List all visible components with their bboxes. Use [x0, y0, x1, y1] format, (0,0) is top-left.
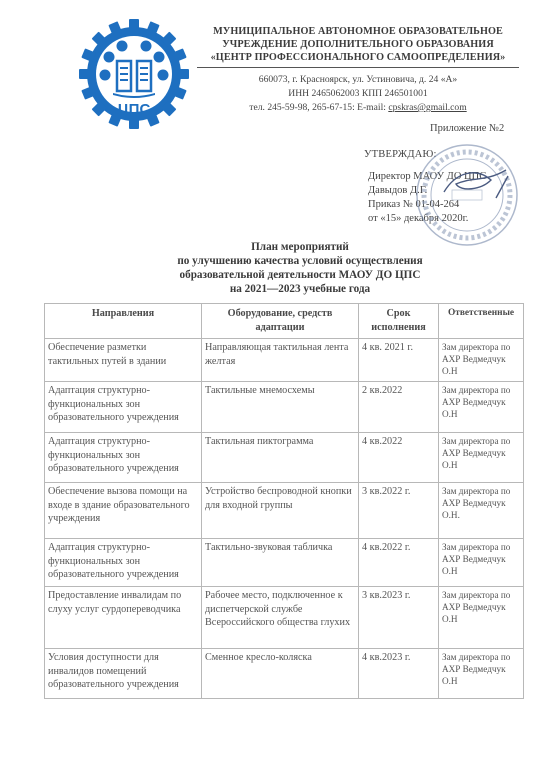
contacts-block: 660073, г. Красноярск, ул. Устиновича, д… — [198, 73, 518, 115]
cell-deadline: 3 кв.2023 г. — [359, 587, 439, 649]
cell-deadline: 2 кв.2022 — [359, 382, 439, 433]
appendix-label: Приложение №2 — [430, 123, 504, 134]
table-header-row: Направления Оборудование, средств адапта… — [45, 304, 524, 339]
cell-responsible: Зам директора по АХР Ведмедчук О.Н. — [439, 483, 524, 539]
cell-equipment: Устройство беспроводной кнопки для входн… — [202, 483, 359, 539]
tax-ids: ИНН 2465062003 КПП 246501001 — [198, 87, 518, 101]
header-deadline: Срок исполнения — [359, 304, 439, 339]
cell-deadline: 4 кв.2022 — [359, 433, 439, 483]
phone-text: тел. 245-59-98, 265-67-15: E-mail: — [249, 102, 388, 113]
cell-direction: Предоставление инвалидам по слуху услуг … — [45, 587, 202, 649]
cell-deadline: 4 кв.2022 г. — [359, 539, 439, 587]
cell-equipment: Сменное кресло-коляска — [202, 649, 359, 699]
signature-icon — [436, 162, 516, 202]
cell-deadline: 4 кв. 2021 г. — [359, 339, 439, 382]
letterhead-divider — [197, 67, 519, 68]
title-line: образовательной деятельности МАОУ ДО ЦПС — [100, 268, 500, 282]
org-line: МУНИЦИПАЛЬНОЕ АВТОНОМНОЕ ОБРАЗОВАТЕЛЬНОЕ — [198, 25, 518, 38]
title-line: по улучшению качества условий осуществле… — [100, 254, 500, 268]
address: 660073, г. Красноярск, ул. Устиновича, д… — [198, 73, 518, 87]
title-line: План мероприятий — [100, 240, 500, 254]
table-row: Предоставление инвалидам по слуху услуг … — [45, 587, 524, 649]
cell-direction: Обеспечение вызова помощи на входе в зда… — [45, 483, 202, 539]
cell-responsible: Зам директора по АХР Ведмедчук О.Н — [439, 649, 524, 699]
header-direction: Направления — [45, 304, 202, 339]
table-row: Адаптация структурно-функциональных зон … — [45, 382, 524, 433]
cell-direction: Обеспечение разметки тактильных путей в … — [45, 339, 202, 382]
table-row: Адаптация структурно-функциональных зон … — [45, 539, 524, 587]
cell-equipment: Тактильная пиктограмма — [202, 433, 359, 483]
table-row: Обеспечение разметки тактильных путей в … — [45, 339, 524, 382]
plan-title: План мероприятий по улучшению качества у… — [100, 240, 500, 296]
svg-text:ЦПС: ЦПС — [118, 101, 151, 118]
org-line: «ЦЕНТР ПРОФЕССИОНАЛЬНОГО САМООПРЕДЕЛЕНИЯ… — [198, 51, 518, 64]
cell-deadline: 3 кв.2022 г. — [359, 483, 439, 539]
cell-direction: Адаптация структурно-функциональных зон … — [45, 382, 202, 433]
measures-table: Направления Оборудование, средств адапта… — [44, 303, 524, 699]
organization-logo-icon: ЦПС — [79, 19, 189, 129]
title-line: на 2021—2023 учебные года — [100, 282, 500, 296]
cell-equipment: Тактильно-звуковая табличка — [202, 539, 359, 587]
cell-responsible: Зам директора по АХР Ведмедчук О.Н — [439, 587, 524, 649]
table-row: Обеспечение вызова помощи на входе в зда… — [45, 483, 524, 539]
header-responsible: Ответственные — [439, 304, 524, 339]
cell-equipment: Направляющая тактильная лента желтая — [202, 339, 359, 382]
cell-responsible: Зам директора по АХР Ведмедчук О.Н — [439, 382, 524, 433]
cell-equipment: Тактильные мнемосхемы — [202, 382, 359, 433]
cell-direction: Условия доступности для инвалидов помеще… — [45, 649, 202, 699]
organization-name: МУНИЦИПАЛЬНОЕ АВТОНОМНОЕ ОБРАЗОВАТЕЛЬНОЕ… — [198, 25, 518, 64]
email-link[interactable]: cpskras@gmail.com — [388, 102, 466, 113]
cell-equipment: Рабочее место, подключенное к диспетчерс… — [202, 587, 359, 649]
cell-responsible: Зам директора по АХР Ведмедчук О.Н — [439, 539, 524, 587]
cell-responsible: Зам директора по АХР Ведмедчук О.Н — [439, 339, 524, 382]
table-row: Условия доступности для инвалидов помеще… — [45, 649, 524, 699]
cell-deadline: 4 кв.2023 г. — [359, 649, 439, 699]
cell-responsible: Зам директора по АХР Ведмедчук О.Н — [439, 433, 524, 483]
cell-direction: Адаптация структурно-функциональных зон … — [45, 539, 202, 587]
cell-direction: Адаптация структурно-функциональных зон … — [45, 433, 202, 483]
org-line: УЧРЕЖДЕНИЕ ДОПОЛНИТЕЛЬНОГО ОБРАЗОВАНИЯ — [198, 38, 518, 51]
phone-email-line: тел. 245-59-98, 265-67-15: E-mail: cpskr… — [198, 101, 518, 115]
header-equipment: Оборудование, средств адаптации — [202, 304, 359, 339]
table-row: Адаптация структурно-функциональных зон … — [45, 433, 524, 483]
